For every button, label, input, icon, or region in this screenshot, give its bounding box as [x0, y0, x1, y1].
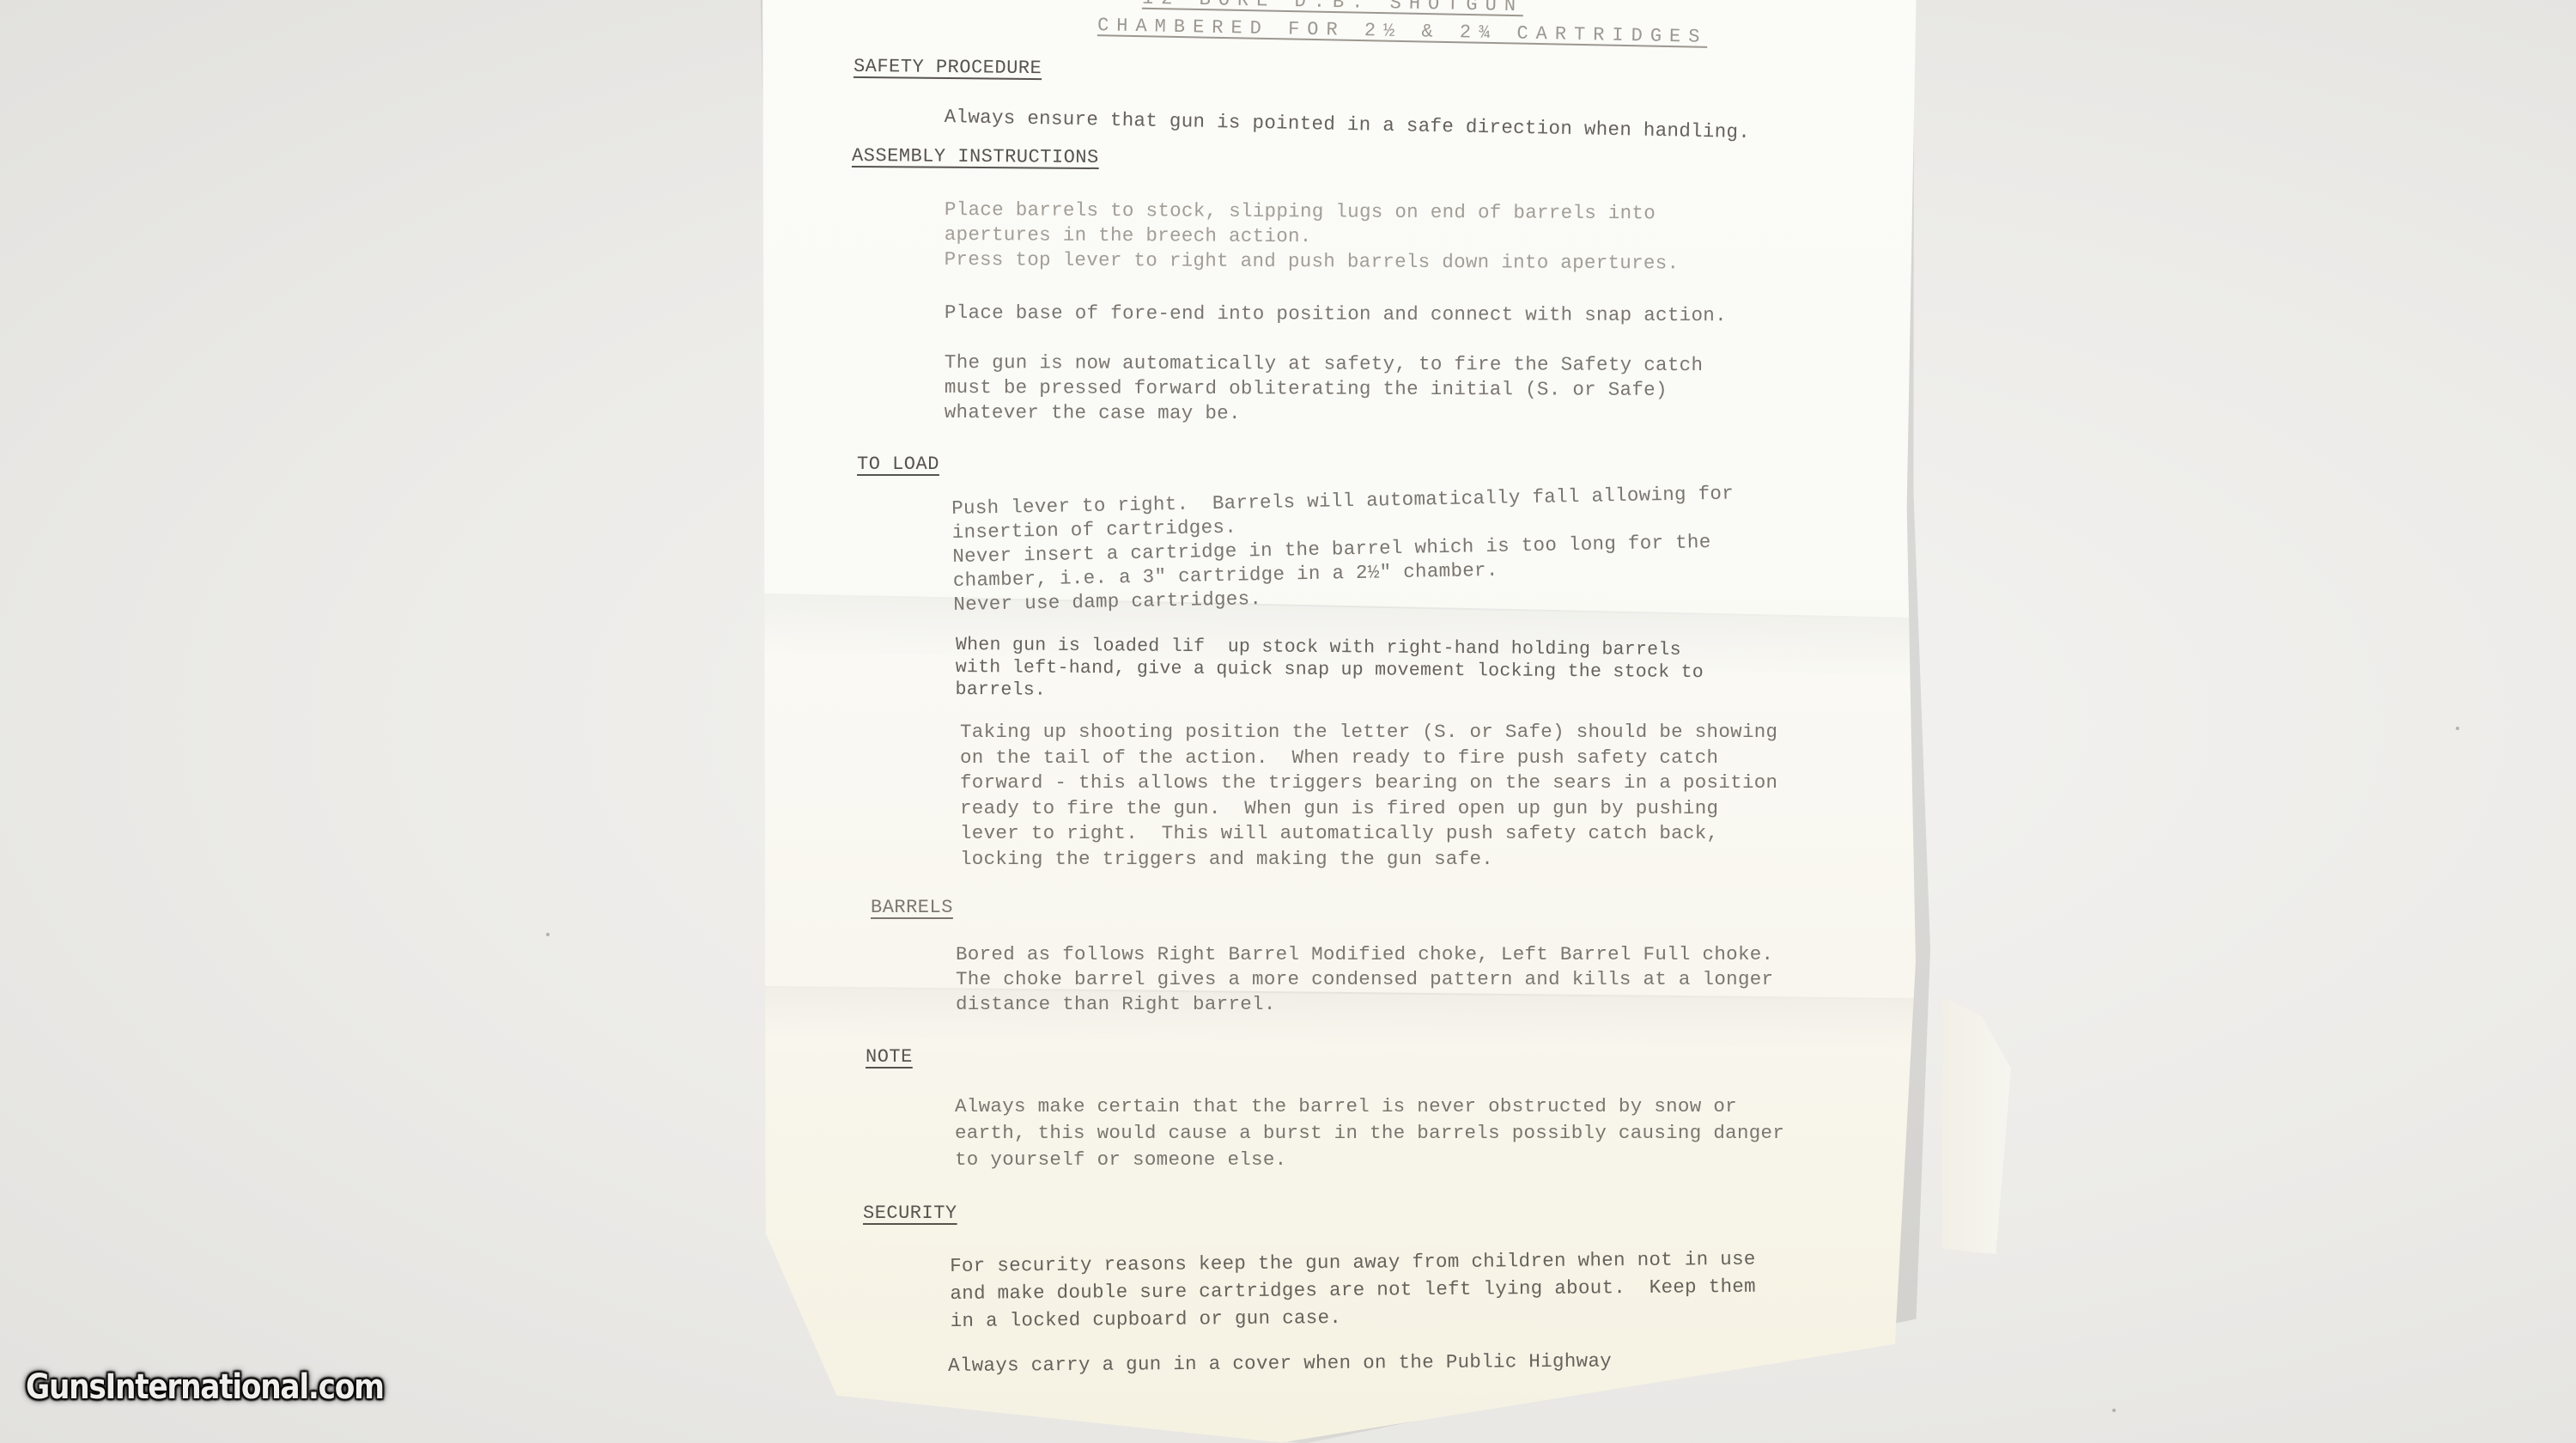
to-load-paragraph-1: Push lever to right. Barrels will automa… [951, 482, 1735, 617]
to-load-paragraph-3: Taking up shooting position the letter (… [960, 720, 1777, 872]
section-heading-note: NOTE [866, 1044, 913, 1069]
site-watermark: GunsInternational.com [26, 1367, 384, 1407]
assembly-paragraph-1: Place barrels to stock, slipping lugs on… [945, 198, 1680, 276]
section-heading-to-load: TO LOAD [857, 452, 939, 477]
barrels-paragraph: Bored as follows Right Barrel Modified c… [956, 942, 1773, 1017]
section-heading-assembly-instructions: ASSEMBLY INSTRUCTIONS [852, 143, 1099, 170]
note-paragraph: Always make certain that the barrel is n… [955, 1093, 1784, 1173]
security-paragraph-1: For security reasons keep the gun away f… [950, 1245, 1756, 1335]
assembly-paragraph-2: Place base of fore-end into position and… [945, 301, 1727, 328]
document-subtitle: CHAMBERED FOR 2½ & 2¾ CARTRIDGES [1097, 13, 1708, 50]
section-heading-safety-procedure: SAFETY PROCEDURE [854, 54, 1042, 81]
safety-paragraph: Always ensure that gun is pointed in a s… [944, 105, 1750, 145]
document-content: 12 BORE D.B. SHOTGUN CHAMBERED FOR 2½ & … [0, 0, 2576, 1443]
section-heading-security: SECURITY [863, 1201, 957, 1226]
assembly-paragraph-3: The gun is now automatically at safety, … [945, 350, 1704, 428]
to-load-paragraph-2: When gun is loaded lif up stock with rig… [955, 634, 1704, 706]
section-heading-barrels: BARRELS [871, 895, 953, 920]
security-paragraph-2: Always carry a gun in a cover when on th… [948, 1349, 1612, 1379]
